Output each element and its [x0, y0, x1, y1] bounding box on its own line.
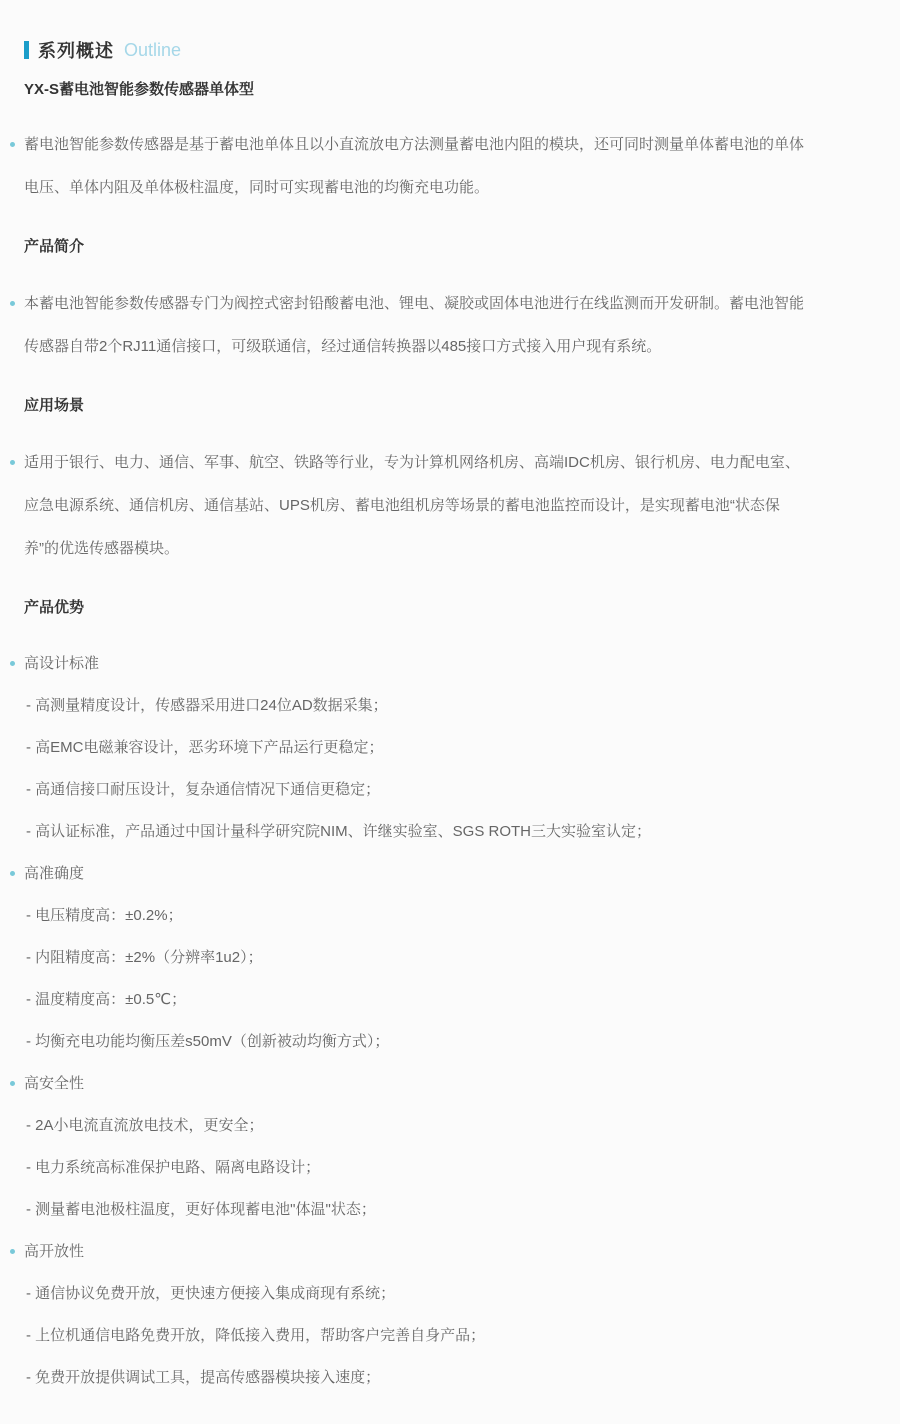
- bullet-icon: [10, 1081, 15, 1086]
- advantage-item-safety: 高安全性: [24, 1063, 804, 1105]
- header-title-en: Outline: [124, 40, 181, 61]
- series-header: 系列概述 Outline: [24, 38, 804, 62]
- bullet-icon: [10, 661, 15, 666]
- bullet-icon: [10, 1249, 15, 1254]
- advantage-title: 高开放性: [24, 1243, 84, 1260]
- header-accent-bar: [24, 41, 29, 59]
- advantage-detail: - 通信协议免费开放，更快速方便接入集成商现有系统；: [24, 1273, 804, 1315]
- product-intro-text: 本蓄电池智能参数传感器专门为阀控式密封铅酸蓄电池、锂电、凝胶或固体电池进行在线监…: [24, 295, 804, 355]
- intro-text: 蓄电池智能参数传感器是基于蓄电池单体且以小直流放电方法测量蓄电池内阻的模块，还可…: [24, 136, 804, 196]
- intro-paragraph: 蓄电池智能参数传感器是基于蓄电池单体且以小直流放电方法测量蓄电池内阻的模块，还可…: [24, 123, 804, 209]
- advantage-item-accuracy: 高准确度: [24, 853, 804, 895]
- advantage-detail: - 温度精度高：±0.5℃；: [24, 979, 804, 1021]
- advantage-detail: - 上位机通信电路免费开放，降低接入费用，帮助客户完善自身产品；: [24, 1315, 804, 1357]
- page: 系列概述 Outline YX-S蓄电池智能参数传感器单体型 蓄电池智能参数传感…: [0, 0, 900, 1424]
- header-title-zh: 系列概述: [38, 37, 114, 63]
- advantage-detail: - 2A小电流直流放电技术，更安全；: [24, 1105, 804, 1147]
- advantage-detail: - 内阻精度高：±2%（分辨率1u2）；: [24, 937, 804, 979]
- bullet-icon: [10, 460, 15, 465]
- bullet-icon: [10, 871, 15, 876]
- advantage-detail: - 免费开放提供调试工具，提高传感器模块接入速度；: [24, 1357, 804, 1399]
- application-scenarios-text: 适用于银行、电力、通信、军事、航空、铁路等行业，专为计算机网络机房、高端IDC机…: [24, 454, 800, 557]
- advantage-item-design-standard: 高设计标准: [24, 643, 804, 685]
- advantage-item-openness: 高开放性: [24, 1231, 804, 1273]
- advantages-list: 高设计标准 - 高测量精度设计，传感器采用进口24位AD数据采集； - 高EMC…: [24, 643, 804, 1399]
- advantage-detail: - 高通信接口耐压设计，复杂通信情况下通信更稳定；: [24, 769, 804, 811]
- product-title: YX-S蓄电池智能参数传感器单体型: [24, 82, 804, 97]
- application-scenarios-paragraph: 适用于银行、电力、通信、军事、航空、铁路等行业，专为计算机网络机房、高端IDC机…: [24, 441, 804, 570]
- bullet-icon: [10, 301, 15, 306]
- advantage-detail: - 电力系统高标准保护电路、隔离电路设计；: [24, 1147, 804, 1189]
- advantage-title: 高准确度: [24, 865, 84, 882]
- advantage-detail: - 高认证标准，产品通过中国计量科学研究院NIM、许继实验室、SGS ROTH三…: [24, 811, 804, 853]
- heading-product-advantages: 产品优势: [24, 600, 804, 615]
- advantage-detail: - 高EMC电磁兼容设计，恶劣环境下产品运行更稳定；: [24, 727, 804, 769]
- bullet-icon: [10, 142, 15, 147]
- advantage-title: 高安全性: [24, 1075, 84, 1092]
- advantage-detail: - 均衡充电功能均衡压差s50mV（创新被动均衡方式）；: [24, 1021, 804, 1063]
- advantage-detail: - 高测量精度设计，传感器采用进口24位AD数据采集；: [24, 685, 804, 727]
- heading-application-scenarios: 应用场景: [24, 398, 804, 413]
- advantage-detail: - 电压精度高：±0.2%；: [24, 895, 804, 937]
- advantage-title: 高设计标准: [24, 655, 99, 672]
- product-intro-paragraph: 本蓄电池智能参数传感器专门为阀控式密封铅酸蓄电池、锂电、凝胶或固体电池进行在线监…: [24, 282, 804, 368]
- heading-product-intro: 产品简介: [24, 239, 804, 254]
- advantage-detail: - 测量蓄电池极柱温度，更好体现蓄电池"体温"状态；: [24, 1189, 804, 1231]
